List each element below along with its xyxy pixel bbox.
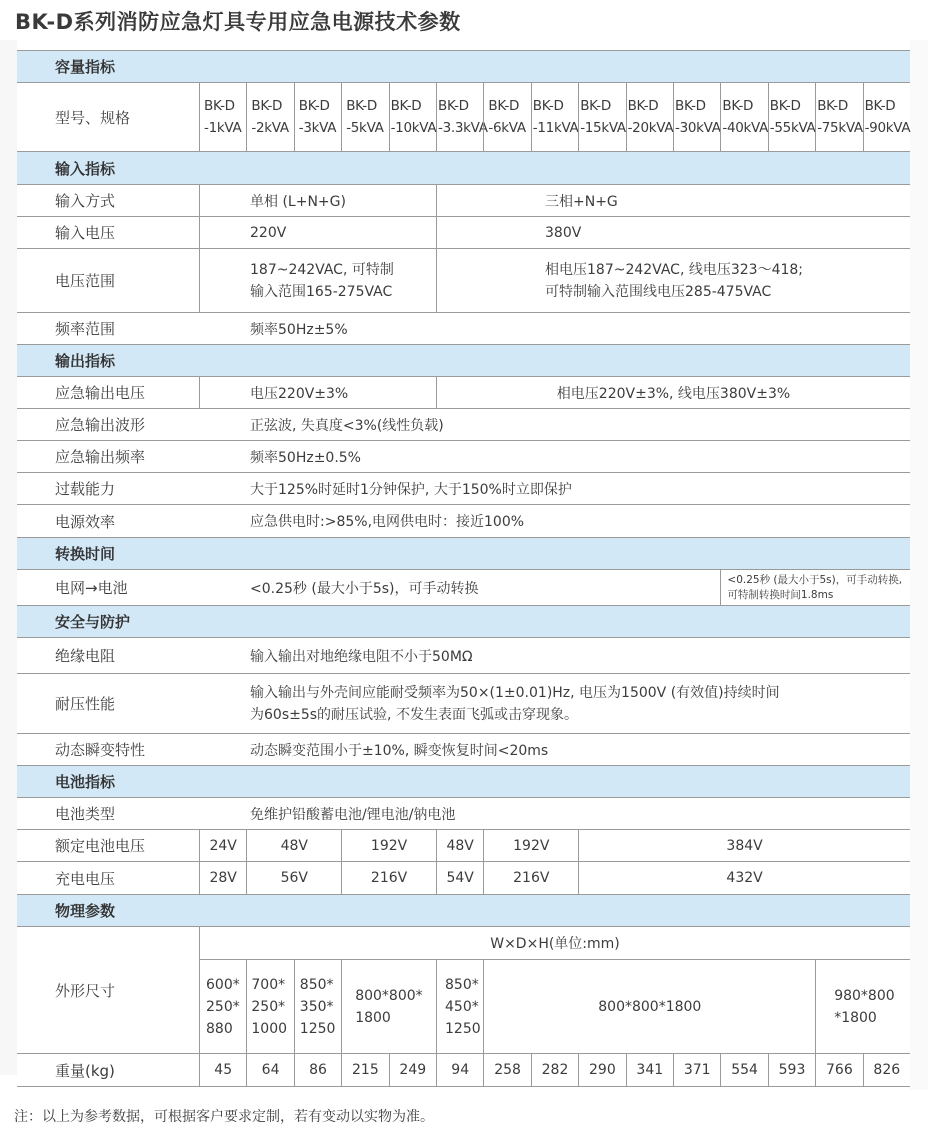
value: 频率50Hz±0.5% [199, 441, 910, 472]
row-charge-voltage: 充电电压 28V 56V 216V 54V 216V 432V [17, 862, 910, 895]
page-margin-right [910, 40, 928, 1090]
value: 输入输出与外壳间应能耐受频率为50×(1±0.01)Hz, 电压为1500V (… [199, 674, 910, 733]
row-output-voltage: 应急输出电压 电压220V±3% 相电压220V±3%, 线电压380V±3% [17, 377, 910, 409]
row-label: 额定电池电压 [55, 830, 145, 861]
row-voltage-range: 电压范围 187~242VAC, 可特制输入范围165-275VAC 相电压18… [17, 249, 910, 313]
single-phase-value: 电压220V±3% [199, 377, 436, 408]
weight-cell: 249 [389, 1054, 436, 1086]
row-label: 频率范围 [55, 313, 115, 344]
section-title: 容量指标 [55, 51, 115, 82]
section-title: 安全与防护 [55, 606, 130, 637]
weight-cell: 554 [720, 1054, 767, 1086]
row-battery-type: 电池类型 免维护铅酸蓄电池/锂电池/钠电池 [17, 798, 910, 830]
value: 输入输出对地绝缘电阻不小于50MΩ [199, 638, 910, 673]
value: 24V [199, 830, 246, 861]
model-cell: BK-D-90kVA [863, 83, 910, 151]
three-phase-value: 380V [436, 217, 910, 248]
model-cell: BK-D-15kVA [578, 83, 625, 151]
row-output-waveform: 应急输出波形 正弦波, 失真度<3%(线性负载) [17, 409, 910, 441]
weight-cell: 371 [673, 1054, 720, 1086]
section-physical: 物理参数 [17, 895, 910, 927]
weight-cell: 94 [436, 1054, 483, 1086]
dims-cell: 800*800*1800 [483, 960, 815, 1054]
weight-cell: 86 [294, 1054, 341, 1086]
row-label: 过载能力 [55, 473, 115, 504]
model-cell: BK-D-3kVA [294, 83, 341, 151]
value: 54V [436, 862, 483, 894]
row-dynamic: 动态瞬变特性 动态瞬变范围小于±10%, 瞬变恢复时间<20ms [17, 734, 910, 766]
value: 免维护铅酸蓄电池/锂电池/钠电池 [199, 798, 910, 829]
section-safety: 安全与防护 [17, 606, 910, 638]
row-label: 绝缘电阻 [55, 638, 115, 673]
model-cell: BK-D-10kVA [389, 83, 436, 151]
model-cell: BK-D-20kVA [626, 83, 673, 151]
value: 28V [199, 862, 246, 894]
model-cell: BK-D-6kVA [483, 83, 530, 151]
model-cell: BK-D-75kVA [815, 83, 862, 151]
row-insulation: 绝缘电阻 输入输出对地绝缘电阻不小于50MΩ [17, 638, 910, 674]
page-title: BK-D系列消防应急灯具专用应急电源技术参数 [15, 6, 461, 36]
dims-cell: 800*800*1800 [341, 960, 436, 1054]
weight-cell: 258 [483, 1054, 530, 1086]
three-phase-value: 相电压187~242VAC, 线电压323～418;可特制输入范围线电压285-… [436, 249, 910, 312]
model-cell: BK-D-40kVA [720, 83, 767, 151]
weight-cell: 290 [578, 1054, 625, 1086]
single-phase-value: 220V [199, 217, 436, 248]
section-title: 电池指标 [55, 766, 115, 797]
row-label: 充电电压 [55, 862, 115, 894]
row-label: 输入方式 [55, 185, 115, 216]
dims-cell: 850*450*1250 [436, 960, 483, 1054]
row-weight: 重量(kg) 45 64 86 215 249 94 258 282 290 3… [17, 1054, 910, 1087]
value: 216V [483, 862, 578, 894]
row-label: 外形尺寸 [55, 927, 115, 1053]
row-label: 电池类型 [55, 798, 115, 829]
section-title: 输入指标 [55, 152, 115, 184]
weight-cell: 282 [531, 1054, 578, 1086]
row-overload: 过载能力 大于125%时延时1分钟保护, 大于150%时立即保护 [17, 473, 910, 505]
row-efficiency: 电源效率 应急供电时:>85%,电网供电时：接近100% [17, 505, 910, 538]
three-phase-value: 相电压220V±3%, 线电压380V±3% [436, 377, 910, 408]
row-label: 应急输出电压 [55, 377, 145, 408]
weight-cell: 341 [626, 1054, 673, 1086]
model-cell: BK-D-11kVA [531, 83, 578, 151]
section-title: 转换时间 [55, 538, 115, 569]
value: 48V [436, 830, 483, 861]
row-input-voltage: 输入电压 220V 380V [17, 217, 910, 249]
row-label: 耐压性能 [55, 674, 115, 733]
section-title: 输出指标 [55, 345, 115, 376]
footnote: 注：以上为参考数据，可根据客户要求定制，若有变动以实物为准。 [14, 1106, 434, 1126]
single-phase-value: 187~242VAC, 可特制输入范围165-275VAC [199, 249, 436, 312]
row-output-frequency: 应急输出频率 频率50Hz±0.5% [17, 441, 910, 473]
value: 48V [246, 830, 341, 861]
three-phase-value: 三相+N+G [436, 185, 910, 216]
single-phase-value: 单相 (L+N+G) [199, 185, 436, 216]
value: 384V [578, 830, 910, 861]
value: 大于125%时延时1分钟保护, 大于150%时立即保护 [199, 473, 910, 504]
row-withstand: 耐压性能 输入输出与外壳间应能耐受频率为50×(1±0.01)Hz, 电压为15… [17, 674, 910, 734]
dims-cell: 700*250*1000 [246, 960, 293, 1054]
row-label: 电源效率 [55, 505, 115, 537]
weight-cell: 64 [246, 1054, 293, 1086]
row-label: 应急输出波形 [55, 409, 145, 440]
weight-cell: 45 [199, 1054, 246, 1086]
section-input: 输入指标 [17, 152, 910, 185]
dims-cell: 600*250*880 [199, 960, 246, 1054]
row-label: 电压范围 [55, 249, 115, 312]
section-battery: 电池指标 [17, 766, 910, 798]
row-label: 重量(kg) [55, 1054, 115, 1086]
row-label: 应急输出频率 [55, 441, 145, 472]
value: 56V [246, 862, 341, 894]
row-label: 输入电压 [55, 217, 115, 248]
row-input-mode: 输入方式 单相 (L+N+G) 三相+N+G [17, 185, 910, 217]
weight-cell: 766 [815, 1054, 862, 1086]
dims-cell: 980*800*1800 [815, 960, 910, 1054]
section-title: 物理参数 [55, 895, 115, 926]
row-label: 电网→电池 [55, 570, 128, 605]
model-cell: BK-D-1kVA [199, 83, 246, 151]
value: 192V [483, 830, 578, 861]
weight-cell: 593 [768, 1054, 815, 1086]
section-output: 输出指标 [17, 345, 910, 377]
model-cell: BK-D-30kVA [673, 83, 720, 151]
page-margin-left [0, 40, 17, 1075]
alt-value: <0.25秒 (最大小于5s)，可手动转换,可特制转换时间1.8ms [720, 570, 910, 605]
weight-cell: 215 [341, 1054, 388, 1086]
model-cell: BK-D-5kVA [341, 83, 388, 151]
weight-cell: 826 [863, 1054, 910, 1086]
row-label: 动态瞬变特性 [55, 734, 145, 765]
row-transfer-time: 电网→电池 <0.25秒 (最大小于5s)，可手动转换 <0.25秒 (最大小于… [17, 570, 910, 606]
section-transfer: 转换时间 [17, 538, 910, 570]
dims-cell: 850*350*1250 [294, 960, 341, 1054]
value: 216V [341, 862, 436, 894]
value: 动态瞬变范围小于±10%, 瞬变恢复时间<20ms [199, 734, 910, 765]
row-label: 型号、规格 [55, 83, 130, 151]
model-cell: BK-D-3.3kVA [436, 83, 483, 151]
row-rated-battery-voltage: 额定电池电压 24V 48V 192V 48V 192V 384V [17, 830, 910, 862]
value: 频率50Hz±5% [199, 313, 910, 344]
model-cell: BK-D-2kVA [246, 83, 293, 151]
row-dimensions: 外形尺寸 W×D×H(单位:mm) 600*250*880 700*250*10… [17, 927, 910, 1054]
value: 应急供电时:>85%,电网供电时：接近100% [199, 505, 910, 537]
value: 正弦波, 失真度<3%(线性负载) [199, 409, 910, 440]
value: 192V [341, 830, 436, 861]
model-row: 型号、规格 BK-D-1kVA BK-D-2kVA BK-D-3kVA BK-D… [17, 83, 910, 152]
dims-unit: W×D×H(单位:mm) [199, 927, 910, 960]
model-cell: BK-D-55kVA [768, 83, 815, 151]
value: 432V [578, 862, 910, 894]
row-input-frequency: 频率范围 频率50Hz±5% [17, 313, 910, 345]
section-capacity: 容量指标 [17, 50, 910, 83]
value: <0.25秒 (最大小于5s)，可手动转换 [199, 570, 720, 605]
